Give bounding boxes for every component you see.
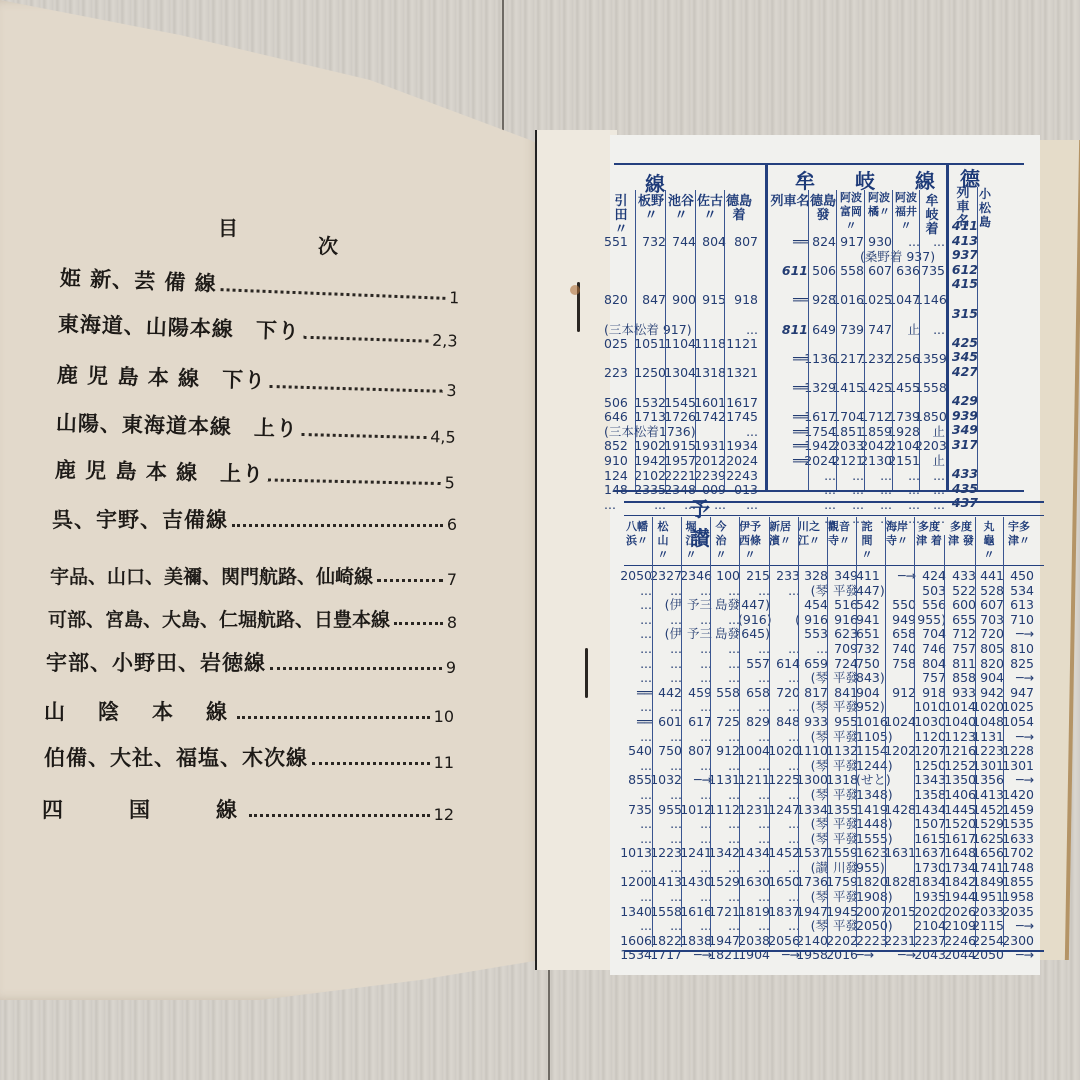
column-header: 引田〃 <box>610 195 632 237</box>
toc-entry[interactable]: 鹿 児 島 本 線 下り3 <box>57 355 458 400</box>
toc-entry[interactable]: 伯備、大社、福塩、木次線11 <box>44 738 454 772</box>
column-header: 佐古〃 <box>696 195 724 223</box>
toc-entry[interactable]: 山陽、東海道本線 上り4,5 <box>56 403 457 447</box>
rule <box>1003 517 1004 947</box>
column-header: 伊予西條〃 <box>736 520 764 562</box>
floor-seam <box>548 960 550 1080</box>
toc-label: 伯備、大社、福塩、木次線 <box>44 742 308 772</box>
toc-page-number: 10 <box>434 707 454 726</box>
timetable-column: 732 847 1051 1250 1532 1713 1902 1942 21… <box>634 235 666 512</box>
toc-page-number: 9 <box>446 658 456 677</box>
line-title: 牟岐線 <box>795 165 975 194</box>
rule <box>724 190 725 490</box>
column-header: 池谷〃 <box>667 195 695 223</box>
column-header: 多度津 着 <box>914 520 944 548</box>
toc-page-number: 8 <box>447 613 457 632</box>
rule <box>919 190 920 490</box>
toc-page-number: 2,3 <box>432 331 458 351</box>
column-header: 八幡浜〃 <box>624 520 650 548</box>
toc-page: 目 次 姫 新、芸 備 線1 東海道、山陽本線 下り2,3 鹿 児 島 本 線 … <box>0 0 540 1000</box>
timetable-column: 424 503 556 955) 704 746 804 757 918 101… <box>914 569 946 963</box>
column-header: 宇多津〃 <box>1006 520 1032 548</box>
timetable-column: 551 820 (三本松着 917) 025 223 506 646 (三本松着… <box>604 235 632 512</box>
toc-page-number: 5 <box>444 473 455 492</box>
toc-entry[interactable]: 宇部、小野田、岩徳線9 <box>46 643 456 677</box>
rule <box>864 190 865 490</box>
column-header: 松山〃 <box>654 520 672 562</box>
column-header: 列車名 <box>770 195 810 209</box>
toc-entry[interactable]: 呉、宇野、吉備線6 <box>52 500 457 534</box>
rule <box>624 515 1044 516</box>
rule <box>827 517 828 947</box>
rule <box>681 517 682 947</box>
train-name-column: ══ 611 ══ 811 ══ ══ ══ ══ ══ ══ <box>768 235 808 469</box>
timetable-column: ─→ 550 949 658 740 758 912 1024 1202 142… <box>884 569 916 963</box>
rule <box>624 565 1044 566</box>
toc-entry[interactable]: 四 国 線12 <box>42 790 454 824</box>
timetable-column: 441 528 607 703 720 805 820 904 942 1020… <box>972 569 1004 963</box>
rule <box>914 517 915 947</box>
column-header: 海岸寺〃 <box>884 520 910 548</box>
staple <box>585 648 588 698</box>
toc-label: 宇品、山口、美禰、関門航路、仙崎線 <box>50 562 373 589</box>
toc-label: 四 国 線 <box>42 794 245 824</box>
toc-entry[interactable]: 可部、宮島、大島、仁堀航路、日豊本線8 <box>48 598 457 632</box>
timetable-column: 804 915 1118 1318 1601 1742 1931 2012 22… <box>694 235 726 512</box>
timetable-column: 215 ... 447) (916) 645) ... 557 ... 658 … <box>738 569 770 963</box>
rule <box>885 517 886 947</box>
column-header: 川之江〃 <box>796 520 822 548</box>
toc-label: 可部、宮島、大島、仁堀航路、日豊本線 <box>48 605 390 632</box>
rule <box>769 517 770 947</box>
rule <box>739 517 740 947</box>
toc-page-number: 11 <box>434 753 454 772</box>
column-header: 小松島 <box>978 187 992 229</box>
column-header: 丸龜〃 <box>980 520 998 562</box>
rule <box>665 190 666 490</box>
rule <box>856 517 857 947</box>
leader-dots <box>220 288 445 300</box>
toc-label: 姫 新、芸 備 線 <box>59 262 217 298</box>
toc-page-number: 3 <box>446 381 457 400</box>
toc-page-number: 12 <box>434 805 454 824</box>
toc-entry[interactable]: 姫 新、芸 備 線1 <box>59 258 460 307</box>
floor-seam <box>502 0 504 140</box>
timetable-column: 450 534 613 710 ─→ 810 825 ─→ 947 1025 1… <box>1002 569 1034 963</box>
timetable-column: 328 (琴 454 916 553 ... 659 (琴 817 (琴 933… <box>796 569 828 963</box>
column-header: 板野〃 <box>637 195 665 223</box>
toc-label: 東海道、山陽本線 下り <box>57 308 300 346</box>
rule <box>892 190 893 490</box>
toc-entry[interactable]: 鹿 児 島 本 線 上り5 <box>55 450 456 492</box>
leader-dots <box>268 478 441 485</box>
leader-dots <box>312 762 430 765</box>
toc-label: 山陽、東海道本線 上り <box>56 407 299 443</box>
leader-dots <box>377 579 443 582</box>
toc-label: 鹿 児 島 本 線 下り <box>57 359 267 395</box>
toc-title-2: 次 <box>318 230 338 259</box>
leader-dots <box>304 336 429 343</box>
toc-page-number: 7 <box>447 570 457 589</box>
rule <box>695 190 696 490</box>
toc-entry[interactable]: 東海道、山陽本線 下り2,3 <box>57 304 458 351</box>
column-header: 德島發 <box>810 195 836 223</box>
timetable-column: 807 918 ... 1121 1321 1617 1745 ... 1934… <box>724 235 758 512</box>
timetable-column: 100 ... 島發 ... 島發 ... ... ... 558 ... 72… <box>708 569 740 963</box>
rule <box>977 187 978 490</box>
leader-dots <box>394 622 443 625</box>
column-header: 阿波福井〃 <box>893 191 919 233</box>
leader-dots <box>302 433 427 439</box>
toc-entry[interactable]: 山 陰 本 線10 <box>44 692 454 726</box>
timetable-column: 2050 ... ... ... ... ... ... ... ══ ... … <box>620 569 652 963</box>
toc-page-number: 1 <box>449 288 460 307</box>
column-header: 阿波富岡〃 <box>838 191 864 233</box>
toc-label: 宇部、小野田、岩徳線 <box>46 647 266 677</box>
rule <box>808 190 809 490</box>
rule <box>944 535 945 947</box>
leader-dots <box>249 814 430 817</box>
rule <box>710 517 711 947</box>
column-header: 阿波橘〃 <box>866 191 892 219</box>
timetable-column: 349 平發 516 916 623 709 724 平發 841 平發 955… <box>826 569 858 963</box>
rule <box>635 190 636 490</box>
column-header: 堀江〃 <box>682 520 700 562</box>
timetable-page: 線 牟岐線 德 引田〃 板野〃 池谷〃 佐古〃 德島着 551 820 (三本松… <box>610 135 1040 975</box>
column-header: 牟岐着 <box>920 195 944 237</box>
column-header: 新居濱〃 <box>766 520 794 548</box>
toc-title-1: 目 <box>218 212 238 241</box>
toc-entry[interactable]: 宇品、山口、美禰、関門航路、仙崎線7 <box>50 555 457 589</box>
leader-dots <box>232 524 443 527</box>
toc-page-number: 4,5 <box>430 427 456 447</box>
column-header: 詫間〃 <box>858 520 876 562</box>
line-title: 線 <box>645 168 705 197</box>
timetable-column: 744 900 1104 1304 1545 1726 1915 1957 22… <box>664 235 696 512</box>
toc-page-number: 6 <box>447 515 457 534</box>
rule <box>975 517 976 947</box>
column-header: 觀音寺〃 <box>826 520 852 548</box>
rust-stain <box>570 285 580 295</box>
leader-dots <box>237 716 430 719</box>
column-header: 多度津 發 <box>946 520 976 548</box>
toc-label: 山 陰 本 線 <box>44 696 233 726</box>
column-header: 今治〃 <box>712 520 730 562</box>
leader-dots <box>270 385 443 393</box>
rule <box>798 517 799 947</box>
rule <box>836 190 837 490</box>
column-header: 德島着 <box>725 195 753 223</box>
rule <box>652 517 653 947</box>
rule <box>624 950 1044 952</box>
train-name-column: 411 413 937 612 415 315 425 345 427 429 … <box>948 219 978 511</box>
toc-label: 鹿 児 島 本 線 上り <box>55 454 265 488</box>
timetable-column: 2327 ... (伊 ... (伊 ... ... ... 442 ... 6… <box>650 569 682 963</box>
leader-dots <box>270 667 442 670</box>
toc-label: 呉、宇野、吉備線 <box>52 504 228 534</box>
